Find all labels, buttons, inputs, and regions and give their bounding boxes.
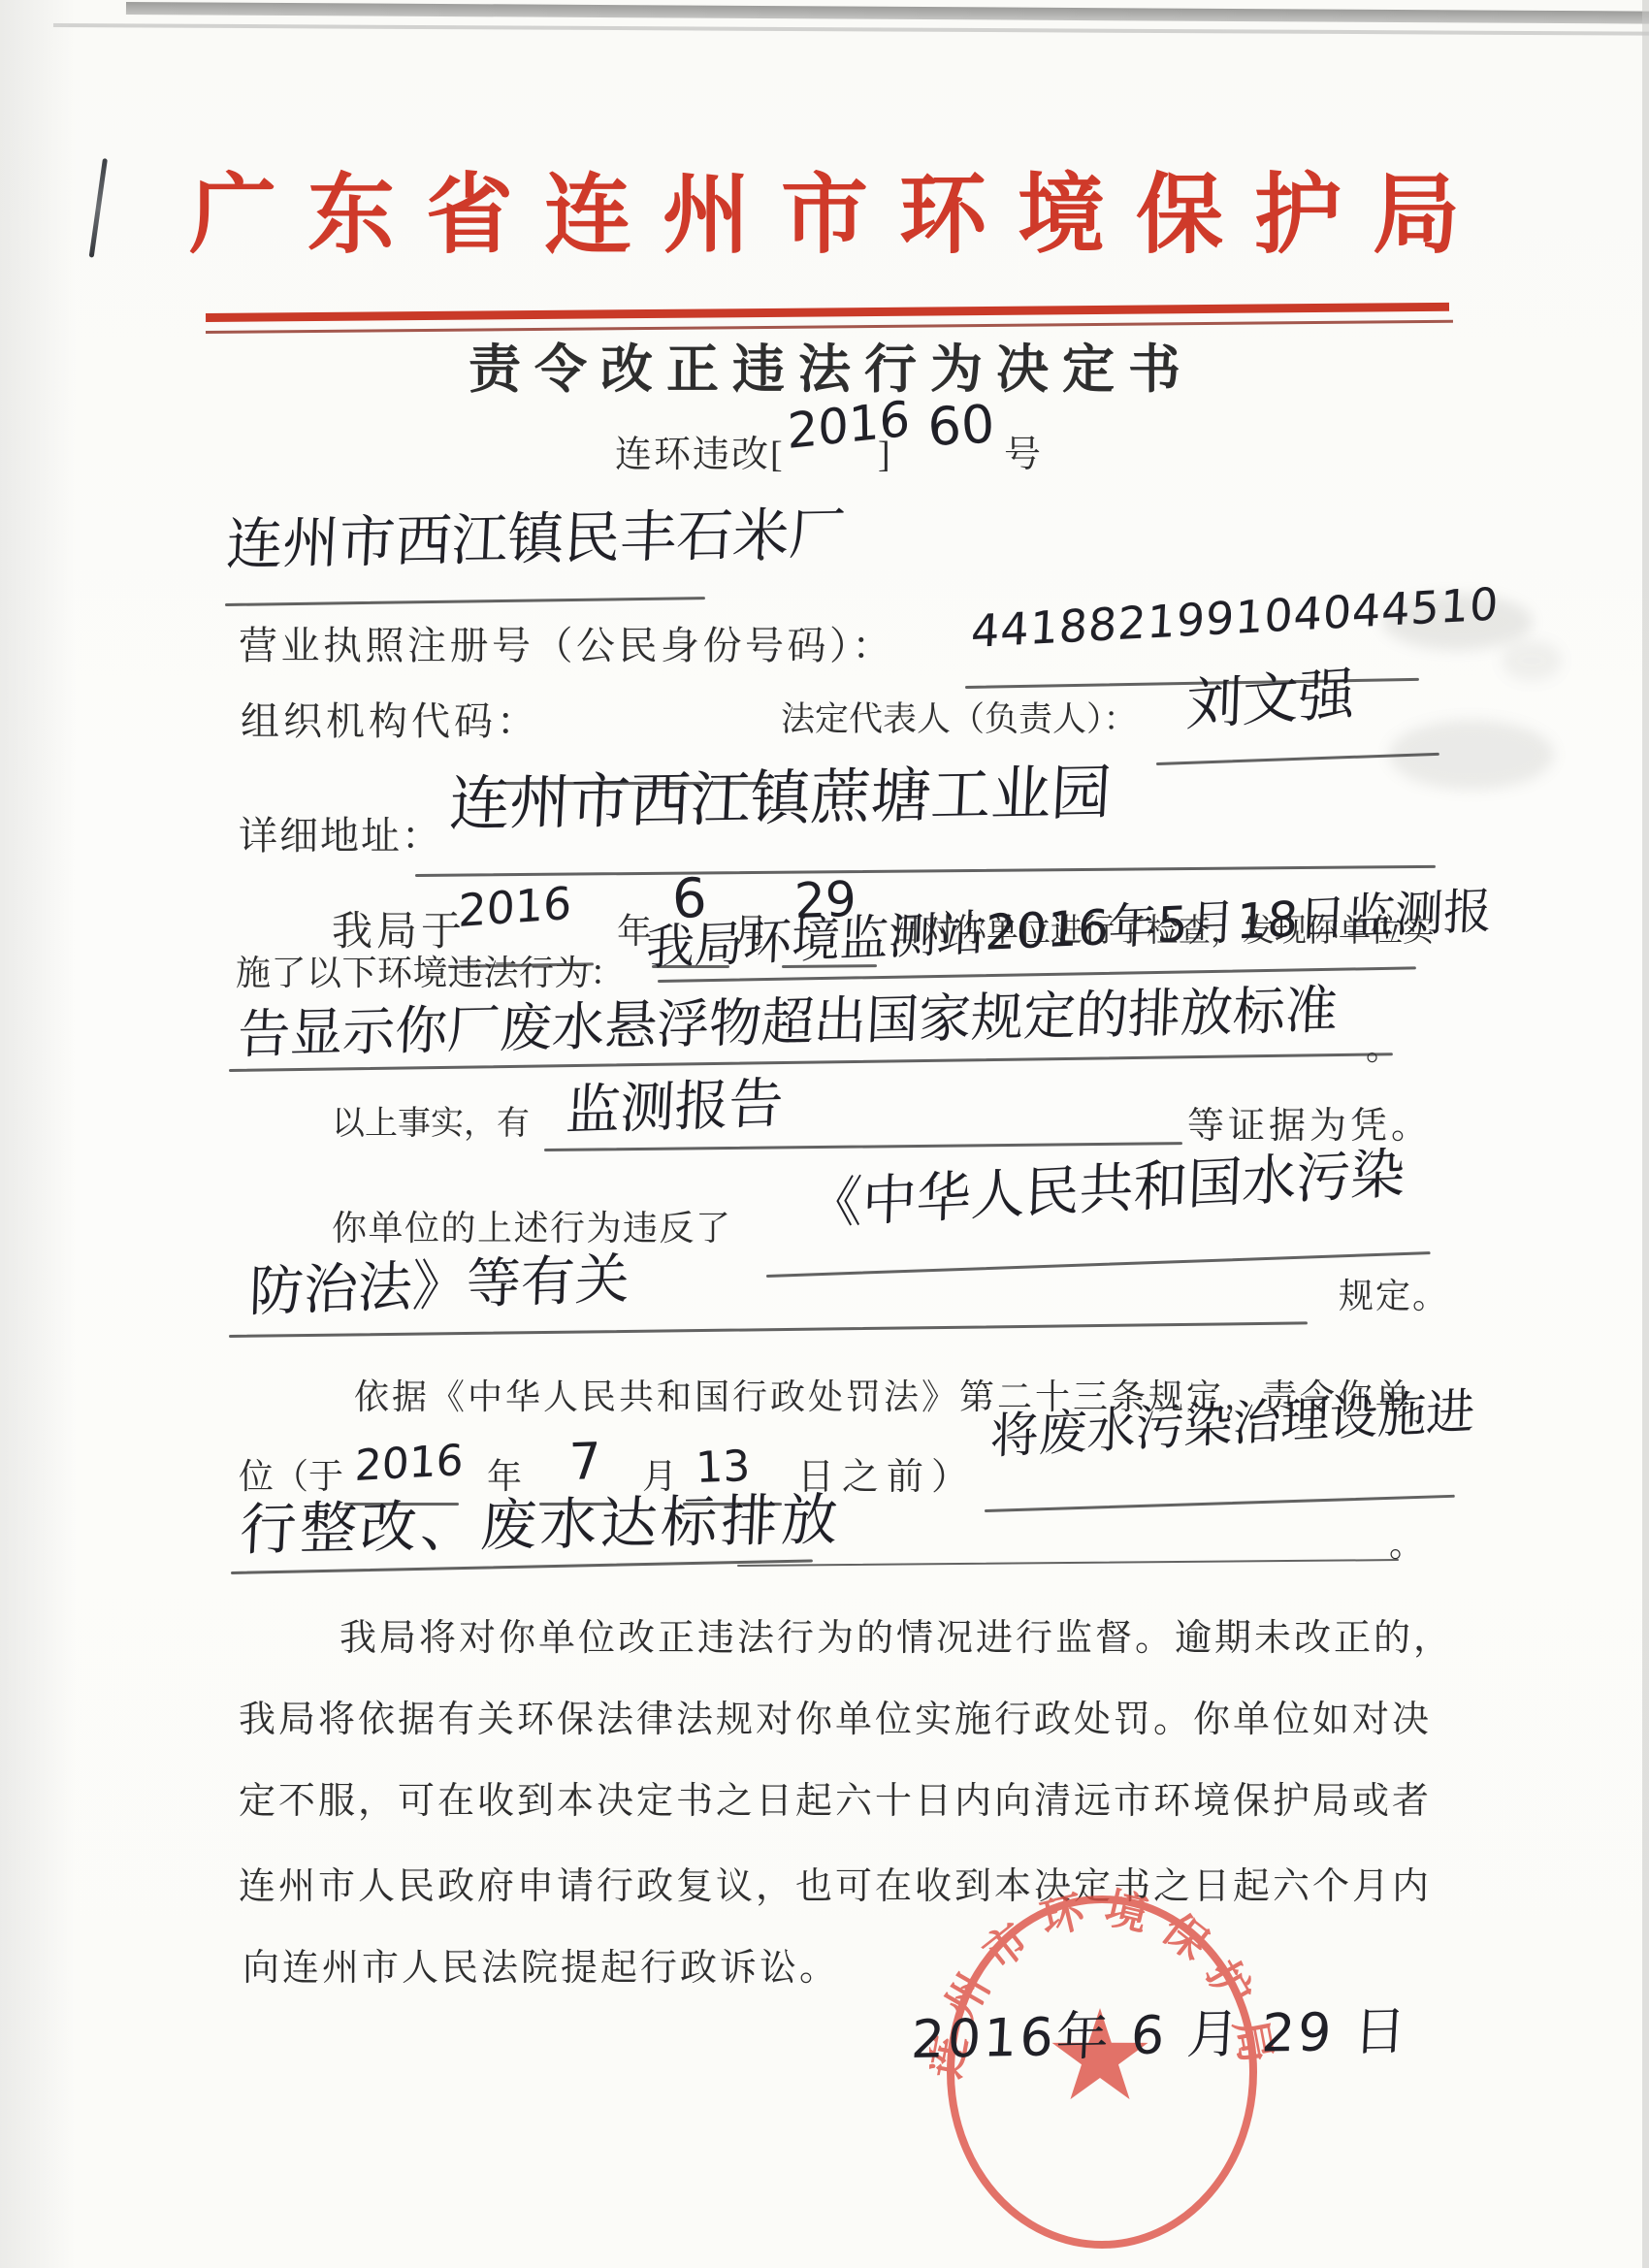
- underline: [766, 1251, 1431, 1278]
- underline: [415, 865, 1436, 877]
- violated-post: 规定。: [1339, 1279, 1449, 1313]
- evidence-post: 等证据为凭。: [1187, 1108, 1432, 1145]
- order-requirement-handwritten-2: 行整改、废水达标排放: [239, 1491, 843, 1558]
- docno-prefix: 连环违改[: [615, 437, 785, 473]
- violation-handwritten-1: 我局环境监测站2016年5月18日监测报: [645, 887, 1493, 972]
- legal-rep-label: 法定代表人（负责人）：: [781, 702, 1138, 736]
- document-title: 责令改正违法行为决定书: [0, 343, 1649, 396]
- closing-line: 我局将依据有关环保法律法规对你单位实施行政处罚。你单位如对决: [239, 1701, 1432, 1738]
- underline: [229, 1321, 1308, 1338]
- bleedthrough-smudge: [1502, 640, 1562, 681]
- order-month-handwritten: 7: [568, 1437, 602, 1488]
- closing-line: 我局将对你单位改正违法行为的情况进行监督。逾期未改正的，: [339, 1620, 1453, 1657]
- violated-law-handwritten-1: 《中华人民共和国水污染: [807, 1148, 1406, 1233]
- docno-number-handwritten: 60: [926, 398, 995, 454]
- violation-label: 施了以下环境违法行为：: [236, 956, 626, 990]
- violation-period: 。: [1366, 1030, 1401, 1065]
- inspect-pre: 我局于: [332, 912, 466, 953]
- closing-line: 向连州市人民法院提起行政诉讼。: [242, 1950, 839, 1987]
- order-pre: 位（于: [239, 1459, 343, 1494]
- left-page-edge-shadow: [0, 0, 76, 2268]
- underline: [544, 1142, 1182, 1151]
- under-sheet-edge: [53, 23, 1649, 36]
- letterhead-rule-thick: [206, 303, 1449, 322]
- official-seal: 连州市环境保护局: [929, 1884, 1288, 2268]
- docno-bracket-close: ]: [878, 437, 890, 473]
- evidence-handwritten: 监测报告: [565, 1077, 785, 1139]
- docno-suffix: 号: [1004, 437, 1041, 473]
- docno-year-handwritten: 2016: [787, 395, 910, 456]
- issue-date-handwritten: 2016年 6 月 29 日: [910, 2005, 1410, 2066]
- violation-handwritten-2: 告显示你厂废水悬浮物超出国家规定的排放标准: [237, 984, 1339, 1061]
- address-handwritten: 连州市西江镇蔗塘工业园: [448, 762, 1113, 834]
- scanned-document-page: 广东省连州市环境保护局 责令改正违法行为决定书 连环违改[ 2016 ] 60 …: [0, 0, 1649, 2268]
- letterhead-rule-thin: [206, 320, 1453, 334]
- underline: [231, 1559, 813, 1574]
- violated-pre: 你单位的上述行为违反了: [332, 1211, 732, 1246]
- org-code-label: 组织机构代码：: [241, 702, 539, 741]
- underline: [225, 597, 705, 606]
- address-label: 详细地址：: [239, 817, 442, 856]
- order-year-unit: 年: [487, 1459, 522, 1494]
- license-label: 营业执照注册号（公民身份号码）：: [239, 627, 894, 665]
- order-period: 。: [1389, 1527, 1424, 1562]
- underline: [985, 1495, 1455, 1512]
- scanner-backing-edge: [126, 2, 1649, 24]
- right-page-edge-shadow: [1642, 0, 1649, 2268]
- closing-line: 定不服，可在收到本决定书之日起六十日内向清远市环境保护局或者: [239, 1783, 1432, 1820]
- inspect-year-handwritten: 2016: [458, 881, 572, 933]
- underline: [737, 1559, 1399, 1567]
- legal-rep-handwritten: 刘文强: [1185, 665, 1356, 733]
- order-year-handwritten: 2016: [354, 1440, 464, 1488]
- violated-law-handwritten-2: 防治法》等有关: [248, 1252, 630, 1320]
- evidence-pre: 以上事实，有: [332, 1108, 530, 1141]
- agency-letterhead: 广东省连州市环境保护局: [0, 173, 1649, 260]
- order-day-handwritten: 13: [695, 1445, 751, 1490]
- recipient-colon: ：: [752, 529, 792, 569]
